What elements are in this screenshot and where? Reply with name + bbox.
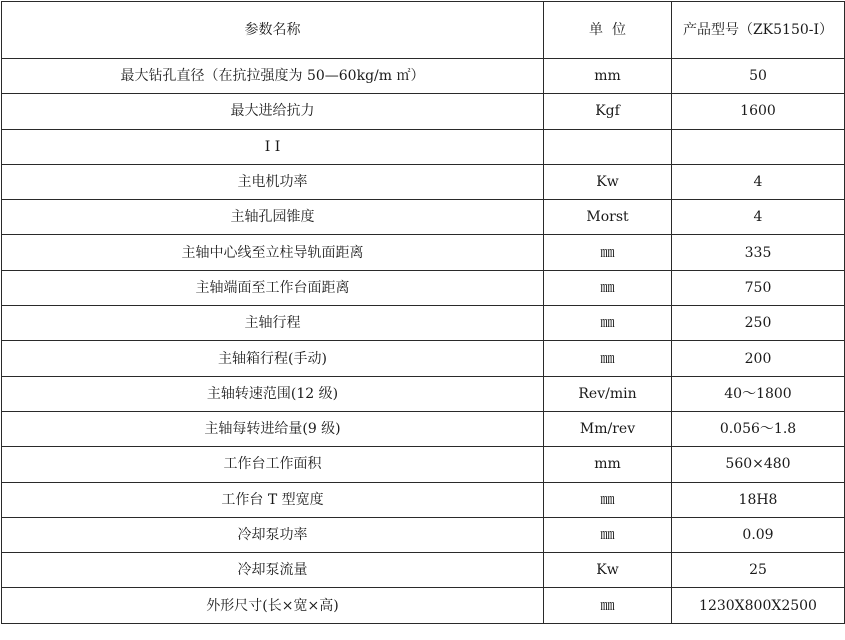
param-value: 4 [672, 200, 845, 235]
param-unit: ㎜ [544, 270, 672, 305]
param-name: 冷却泵功率 [2, 517, 544, 552]
table-header-row: 参数名称 单 位 产品型号（ZK5150-Ⅰ） [2, 2, 845, 59]
param-unit: mm [544, 59, 672, 94]
table-row: 最大进给抗力 Kgf 1600 [2, 94, 845, 129]
param-unit: ㎜ [544, 235, 672, 270]
param-unit: ㎜ [544, 517, 672, 552]
param-name: 主轴每转进给量(9 级) [2, 411, 544, 446]
param-unit: mm [544, 447, 672, 482]
param-unit: Kw [544, 164, 672, 199]
param-unit: Morst [544, 200, 672, 235]
param-name: 主电机功率 [2, 164, 544, 199]
param-name: 工作台工作面积 [2, 447, 544, 482]
param-name: 最大钻孔直径（在抗拉强度为 50—60kg/m ㎡） [2, 59, 544, 94]
param-unit: Kgf [544, 94, 672, 129]
param-value: 50 [672, 59, 845, 94]
param-value: 200 [672, 341, 845, 376]
table-row: 主电机功率 Kw 4 [2, 164, 845, 199]
param-unit: Mm/rev [544, 411, 672, 446]
header-unit: 单 位 [544, 2, 672, 59]
table-row: 主轴端面至工作台面距离 ㎜ 750 [2, 270, 845, 305]
param-name: 工作台 T 型宽度 [2, 482, 544, 517]
param-name: Ⅰ Ⅰ [2, 129, 544, 164]
param-name: 主轴中心线至立柱导轨面距离 [2, 235, 544, 270]
table-row: 最大钻孔直径（在抗拉强度为 50—60kg/m ㎡） mm 50 [2, 59, 845, 94]
param-value [672, 129, 845, 164]
param-unit: ㎜ [544, 482, 672, 517]
param-name: 外形尺寸(长×宽×高) [2, 588, 544, 623]
param-value: 1600 [672, 94, 845, 129]
header-parameter-name: 参数名称 [2, 2, 544, 59]
param-value: 0.09 [672, 517, 845, 552]
header-product-model: 产品型号（ZK5150-Ⅰ） [672, 2, 845, 59]
param-name: 最大进给抗力 [2, 94, 544, 129]
param-value: 18H8 [672, 482, 845, 517]
param-name: 主轴端面至工作台面距离 [2, 270, 544, 305]
param-name: 主轴箱行程(手动) [2, 341, 544, 376]
table-row: 主轴孔园锥度 Morst 4 [2, 200, 845, 235]
param-value: 750 [672, 270, 845, 305]
spec-table: 参数名称 单 位 产品型号（ZK5150-Ⅰ） 最大钻孔直径（在抗拉强度为 50… [1, 1, 845, 624]
table-row: 工作台工作面积 mm 560×480 [2, 447, 845, 482]
table-row: 冷却泵流量 Kw 25 [2, 553, 845, 588]
table-row: 冷却泵功率 ㎜ 0.09 [2, 517, 845, 552]
param-name: 主轴孔园锥度 [2, 200, 544, 235]
param-unit [544, 129, 672, 164]
table-row: 工作台 T 型宽度 ㎜ 18H8 [2, 482, 845, 517]
table-row: 主轴每转进给量(9 级) Mm/rev 0.056～1.8 [2, 411, 845, 446]
param-name: 主轴转速范围(12 级) [2, 376, 544, 411]
param-value: 560×480 [672, 447, 845, 482]
table-row: 主轴行程 ㎜ 250 [2, 306, 845, 341]
param-value: 250 [672, 306, 845, 341]
table-row: 主轴箱行程(手动) ㎜ 200 [2, 341, 845, 376]
table-row: 外形尺寸(长×宽×高) ㎜ 1230X800X2500 [2, 588, 845, 623]
table-row: 主轴转速范围(12 级) Rev/min 40～1800 [2, 376, 845, 411]
param-unit: Rev/min [544, 376, 672, 411]
param-name: 主轴行程 [2, 306, 544, 341]
param-value: 1230X800X2500 [672, 588, 845, 623]
param-unit: Kw [544, 553, 672, 588]
param-value: 335 [672, 235, 845, 270]
param-value: 25 [672, 553, 845, 588]
table-row: 主轴中心线至立柱导轨面距离 ㎜ 335 [2, 235, 845, 270]
param-unit: ㎜ [544, 588, 672, 623]
param-value: 40～1800 [672, 376, 845, 411]
param-value: 0.056～1.8 [672, 411, 845, 446]
param-unit: ㎜ [544, 306, 672, 341]
param-value: 4 [672, 164, 845, 199]
param-name: 冷却泵流量 [2, 553, 544, 588]
table-row: Ⅰ Ⅰ [2, 129, 845, 164]
param-unit: ㎜ [544, 341, 672, 376]
